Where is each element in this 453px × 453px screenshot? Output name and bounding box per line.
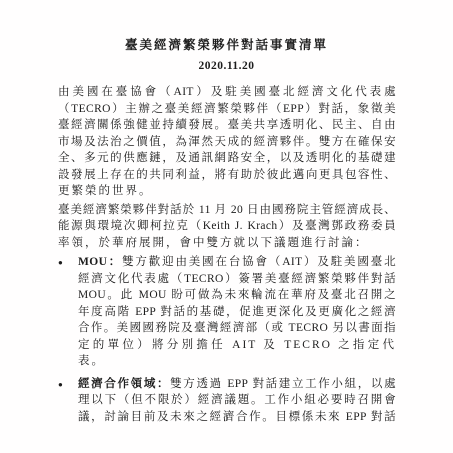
paragraph: 由美國在臺協會（AIT）及駐美國臺北經濟文化代表處（TECRO）主辦之臺美經濟繁… [58,84,396,200]
paragraph: 臺美經濟繁榮夥伴對話於 11 月 20 日由國務院主管經濟成長、能源與環境次卿柯… [58,202,396,252]
bullet-lead-term: MOU： [78,256,122,268]
text-line: MOU：雙方歡迎由美國在台協會（AIT）及駐美國臺北 [78,254,396,271]
text-line: 市場及法治之價值，為渾然天成的經濟夥伴。雙方在確保安 [58,134,396,151]
text-line: 能源與環境次卿柯拉克（Keith J. Krach）及臺灣鄧政務委員 [58,218,396,235]
text-line: （TECRO）主辦之臺美經濟繁榮夥伴（EPP）對話，象徵美 [58,101,396,118]
text-line: 設發展上存在的共同利益，將有助於彼此邁向更具包容性、 [58,167,396,184]
bullet-item: ●MOU：雙方歡迎由美國在台協會（AIT）及駐美國臺北經濟文化代表處（TECRO… [58,254,396,370]
text-line: 全、多元的供應鏈，及通訊網路安全，以及透明化的基礎建 [58,150,396,167]
document-page: 臺美經濟繁榮夥伴對話事實清單 2020.11.20 由美國在臺協會（AIT）及駐… [0,0,453,453]
text-line: 經濟合作領域：雙方透過 EPP 對話建立工作小組，以處 [78,376,396,393]
text-line: 合作。美國國務院及臺灣經濟部（或 TECRO 另以書面指 [78,320,396,337]
text-line: 理以下（但不限於）經濟議題。工作小組必要時召開會 [78,392,396,409]
bullet-icon: ● [58,254,78,370]
paragraphs: 由美國在臺協會（AIT）及駐美國臺北經濟文化代表處（TECRO）主辦之臺美經濟繁… [58,84,396,251]
text-line: 更繁榮的世界。 [58,183,396,200]
document-body: 由美國在臺協會（AIT）及駐美國臺北經濟文化代表處（TECRO）主辦之臺美經濟繁… [58,84,396,431]
text-line: 定的單位）將分別擔任 AIT 及 TECRO 之指定代表。 [78,337,396,370]
document-date: 2020.11.20 [0,60,453,73]
text-line: 率領，於華府展開，會中雙方就以下議題進行討論： [58,235,396,252]
text-line: 年度高階 EPP 對話的基礎，促進更深化及更廣化之經濟 [78,304,396,321]
bullet-text: MOU：雙方歡迎由美國在台協會（AIT）及駐美國臺北經濟文化代表處（TECRO）… [78,254,396,370]
text-line: 由美國在臺協會（AIT）及駐美國臺北經濟文化代表處 [58,84,396,101]
page-title: 臺美經濟繁榮夥伴對話事實清單 [0,0,453,53]
page-number: 1 [0,414,453,423]
text-line: 臺美經濟繁榮夥伴對話於 11 月 20 日由國務院主管經濟成長、 [58,202,396,219]
text-line: 經濟文化代表處（TECRO）簽署美臺經濟繁榮夥伴對話 [78,271,396,288]
text-line: MOU。此 MOU 盼可做為未來輪流在華府及臺北召開之 [78,287,396,304]
text-line: 臺經濟關係強健並持續發展。臺美共享透明化、民主、自由 [58,117,396,134]
bullet-lead-term: 經濟合作領域： [78,378,170,390]
bullet-list: ●MOU：雙方歡迎由美國在台協會（AIT）及駐美國臺北經濟文化代表處（TECRO… [58,254,396,425]
